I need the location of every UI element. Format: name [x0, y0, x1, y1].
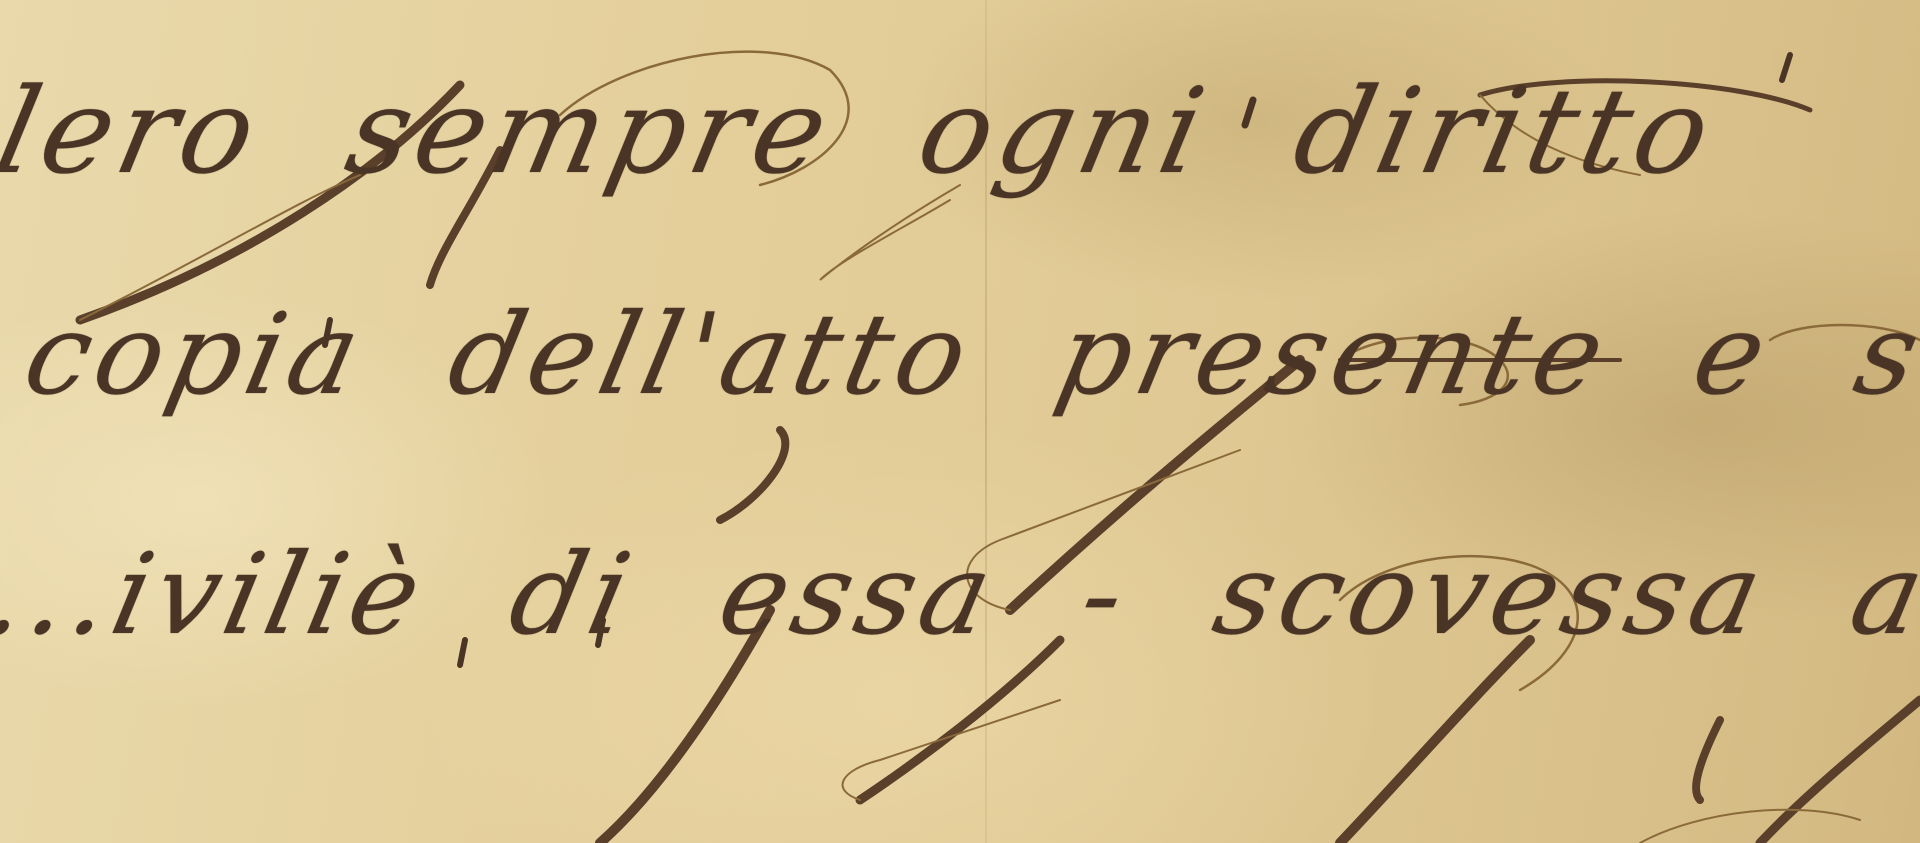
- word: copia: [14, 290, 376, 420]
- word: lero: [0, 62, 274, 200]
- word: diritto: [1283, 62, 1728, 200]
- word: s'ote...: [1845, 290, 1920, 420]
- word: di: [499, 530, 646, 660]
- manuscript-line-1: lero sempre ogni diritto: [0, 62, 1776, 200]
- word: -: [1070, 530, 1141, 660]
- word: dell'atto: [438, 290, 984, 420]
- word: presente: [1046, 290, 1620, 420]
- manuscript-line-2: copia dell'atto presente e s'ote...: [14, 290, 1920, 420]
- manuscript-line-3: ...iviliè di essa - scovessa a per...: [0, 530, 1920, 660]
- manuscript-page: lero sempre ogni diritto copia dell'atto…: [0, 0, 1920, 843]
- word: ogni: [907, 62, 1221, 200]
- word: scovessa: [1204, 530, 1779, 660]
- word: ...iviliè: [0, 530, 437, 660]
- word: sempre: [336, 62, 845, 200]
- word: a: [1840, 530, 1920, 660]
- word: e: [1683, 290, 1783, 420]
- word: essa: [709, 530, 1009, 660]
